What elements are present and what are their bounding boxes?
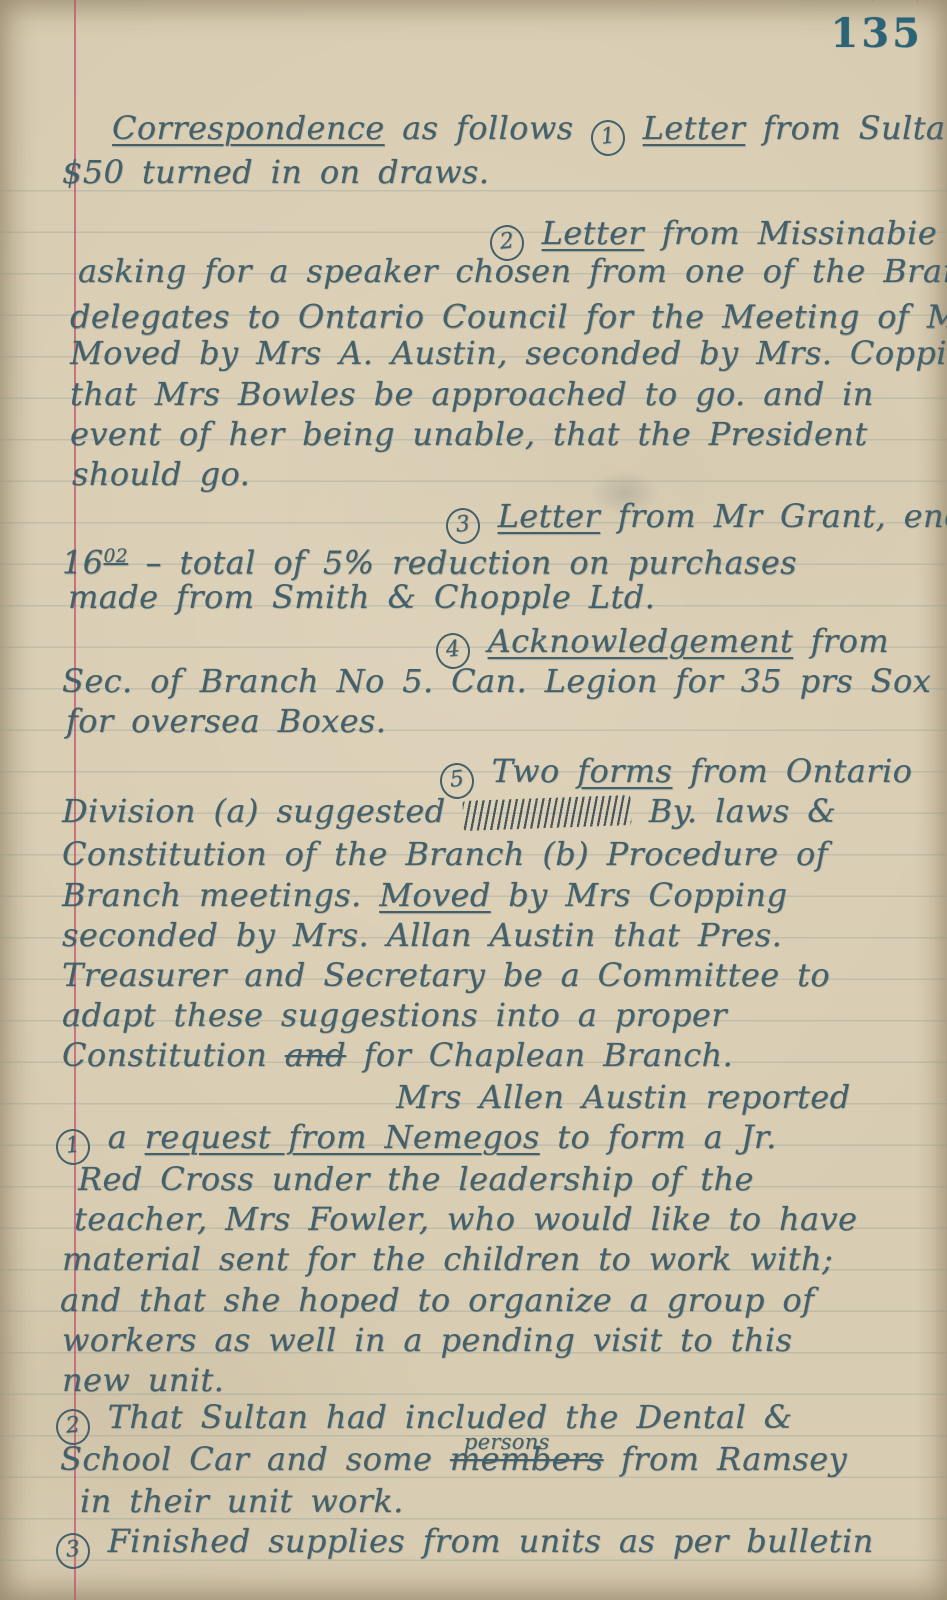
handwritten-line-24: Mrs Allen Austin reported <box>396 1077 851 1117</box>
handwritten-word: asking for a speaker chosen from one of … <box>78 252 947 290</box>
handwritten-word: Two <box>474 752 577 790</box>
handwritten-line-11: 1602 – total of 5% reduction on purchase… <box>62 537 797 583</box>
handwritten-line-5: delegates to Ontario Council for the Mee… <box>70 291 947 337</box>
ghost-stroke <box>330 0 376 10</box>
handwritten-line-17: Division (a) suggested By. laws & <box>62 791 836 831</box>
handwritten-line-22: adapt these suggestions into a proper <box>62 995 727 1035</box>
handwritten-line-30: workers as well in a pending visit to th… <box>62 1320 792 1360</box>
underlined-word: Letter <box>498 497 601 535</box>
handwritten-word: as follows <box>385 109 591 147</box>
handwritten-line-21: Treasurer and Secretary be a Committee t… <box>62 955 830 995</box>
handwritten-word: from <box>793 622 889 660</box>
handwritten-word: and that she hoped to organize a group o… <box>60 1281 814 1319</box>
handwritten-word: $50 turned in on draws. <box>62 153 489 191</box>
inserted-word: persons <box>464 1422 550 1462</box>
handwritten-word: Moved by Mrs A. Austin, seconded by Mrs.… <box>70 334 947 372</box>
notebook-page: 135 Correspondence as follows 1 Letter f… <box>0 0 947 1600</box>
handwritten-word: teacher, Mrs Fowler, who would like to h… <box>74 1200 857 1238</box>
handwritten-line-15: for oversea Boxes. <box>66 701 386 741</box>
handwritten-line-27: teacher, Mrs Fowler, who would like to h… <box>74 1199 857 1239</box>
handwritten-line-35: 3 Finished supplies from units as per bu… <box>56 1521 874 1569</box>
handwritten-word: seconded by Mrs. Allan Austin that Pres. <box>62 916 782 954</box>
handwritten-line-6: Moved by Mrs A. Austin, seconded by Mrs.… <box>70 333 947 373</box>
handwritten-word: – total of 5% reduction on purchases <box>128 544 797 582</box>
handwritten-word: material sent for the children to work w… <box>62 1240 833 1278</box>
ghost-stroke <box>565 0 611 8</box>
handwritten-word: in their unit work. <box>80 1482 404 1520</box>
handwritten-word <box>625 109 643 147</box>
handwritten-line-14: Sec. of Branch No 5. Can. Legion for 35 … <box>62 661 931 701</box>
handwritten-line-28: material sent for the children to work w… <box>62 1239 833 1279</box>
struck-out-word: and <box>285 1036 346 1074</box>
superscript: 02 <box>104 546 128 567</box>
circled-number: 1 <box>589 118 627 157</box>
handwritten-word: a <box>90 1118 145 1156</box>
handwritten-word: Red Cross under the leadership of the <box>78 1160 754 1198</box>
handwritten-word: delegates to Ontario Council for the Mee… <box>70 298 947 336</box>
ghost-stroke <box>795 0 855 8</box>
handwritten-word: made from Smith & Chopple Ltd. <box>68 578 655 616</box>
circled-number: 3 <box>54 1531 92 1570</box>
handwritten-word: That Sultan had included the Dental & <box>90 1398 793 1436</box>
handwritten-word <box>480 497 498 535</box>
handwritten-word: Division (a) suggested <box>62 792 463 830</box>
handwritten-word: to form a Jr. <box>540 1118 777 1156</box>
handwritten-word: workers as well in a pending visit to th… <box>62 1321 792 1359</box>
ghost-stroke <box>655 0 701 11</box>
handwritten-line-20: seconded by Mrs. Allan Austin that Pres. <box>62 915 782 955</box>
underlined-word: Letter <box>643 109 746 147</box>
handwritten-word: that Mrs Bowles be approached to go. and… <box>70 375 874 413</box>
handwritten-line-29: and that she hoped to organize a group o… <box>60 1280 814 1320</box>
handwritten-word: Treasurer and Secretary be a Committee t… <box>62 956 830 994</box>
scribbled-out-word <box>463 795 632 831</box>
handwritten-word: from Ramsey <box>603 1440 847 1478</box>
handwritten-word: Constitution <box>62 1036 285 1074</box>
handwritten-line-25: 1 a request from Nemegos to form a Jr. <box>56 1117 777 1165</box>
handwritten-word: for Chaplean Branch. <box>346 1036 733 1074</box>
handwritten-word: Finished supplies from units as per bull… <box>90 1522 874 1560</box>
handwritten-line-26: Red Cross under the leadership of the <box>78 1159 754 1199</box>
handwritten-word: By. laws & <box>631 792 836 830</box>
handwritten-line-8: event of her being unable, that the Pres… <box>70 414 868 454</box>
handwritten-line-2: $50 turned in on draws. <box>62 152 489 192</box>
handwritten-word <box>470 622 488 660</box>
handwritten-word: 16 <box>62 544 104 582</box>
handwritten-line-31: new unit. <box>62 1360 224 1400</box>
handwritten-line-19: Branch meetings. Moved by Mrs Copping <box>62 875 787 915</box>
handwritten-line-18: Constitution of the Branch (b) Procedure… <box>62 834 828 874</box>
underlined-word: forms <box>577 752 672 790</box>
handwritten-line-9: should go. <box>72 454 250 494</box>
handwritten-line-7: that Mrs Bowles be approached to go. and… <box>70 374 874 414</box>
handwritten-line-34: in their unit work. <box>80 1481 404 1521</box>
correction: memberspersons <box>450 1439 604 1479</box>
handwritten-line-32: 2 That Sultan had included the Dental & <box>56 1397 793 1445</box>
handwritten-word: Sec. of Branch No 5. Can. Legion for 35 … <box>62 662 931 700</box>
underlined-word: Acknowledgement <box>488 622 794 660</box>
handwritten-word: from Sultan re <box>745 109 947 147</box>
handwritten-word: School Car and some <box>60 1440 450 1478</box>
underlined-word: Correspondence <box>112 109 385 147</box>
handwritten-line-1: Correspondence as follows 1 Letter from … <box>112 108 947 156</box>
underlined-word: Letter <box>542 214 645 252</box>
handwritten-word: should go. <box>72 455 250 493</box>
handwritten-word: from Mr Grant, enclosing <box>600 497 947 535</box>
handwritten-word: from Ontario <box>672 752 912 790</box>
handwritten-word: event of her being unable, that the Pres… <box>70 415 868 453</box>
handwritten-word <box>524 214 542 252</box>
underlined-word: request from Nemegos <box>145 1118 540 1156</box>
handwritten-word: Constitution of the Branch (b) Procedure… <box>62 835 828 873</box>
handwritten-word: Mrs Allen Austin reported <box>396 1078 851 1116</box>
handwritten-word: from Missinabie <box>644 214 937 252</box>
handwritten-line-4: asking for a speaker chosen from one of … <box>78 251 947 291</box>
handwritten-word: new unit. <box>62 1361 224 1399</box>
handwritten-word: Branch meetings. <box>62 876 379 914</box>
handwritten-line-33: School Car and some memberspersons from … <box>60 1439 847 1479</box>
handwritten-line-12: made from Smith & Chopple Ltd. <box>68 577 655 617</box>
handwritten-line-23: Constitution and for Chaplean Branch. <box>62 1035 733 1075</box>
handwritten-word: for oversea Boxes. <box>66 702 386 740</box>
handwritten-word: adapt these suggestions into a proper <box>62 996 727 1034</box>
page-number: 135 <box>831 10 924 57</box>
handwritten-word: by Mrs Copping <box>491 876 788 914</box>
underlined-word: Moved <box>379 876 491 914</box>
